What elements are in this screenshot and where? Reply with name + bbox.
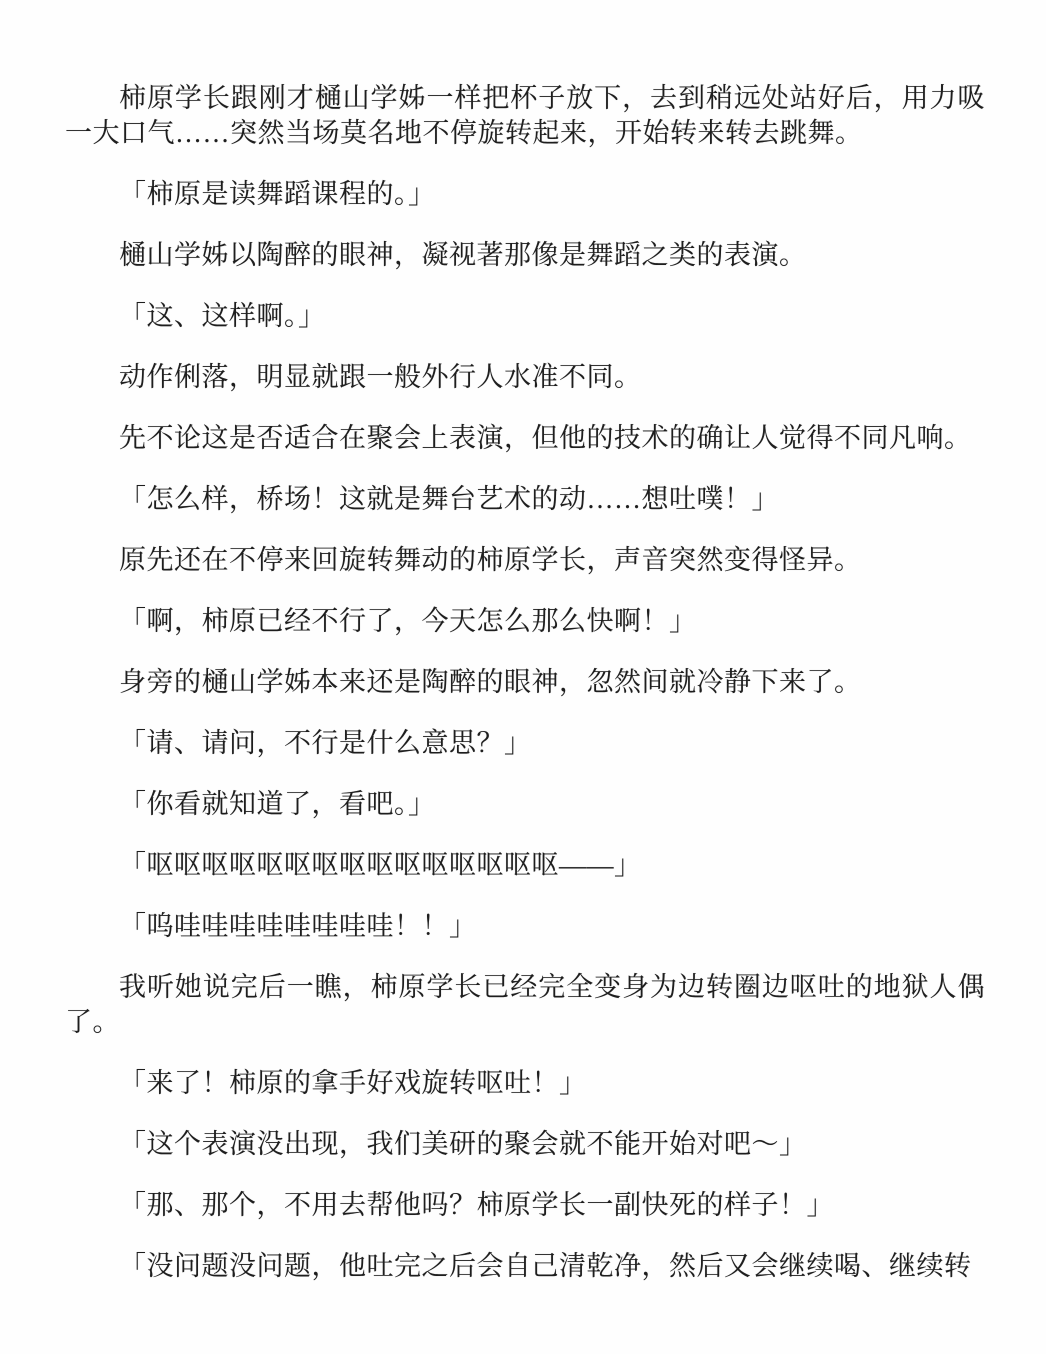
dialogue-line: 「柿原是读舞蹈课程的。」 (65, 177, 985, 212)
narration-paragraph: 原先还在不停来回旋转舞动的柿原学长，声音突然变得怪异。 (65, 543, 985, 578)
dialogue-line: 「请、请问，不行是什么意思？」 (65, 726, 985, 761)
dialogue-line: 「来了！柿原的拿手好戏旋转呕吐！」 (65, 1066, 985, 1101)
narration-paragraph: 身旁的樋山学姊本来还是陶醉的眼神，忽然间就冷静下来了。 (65, 665, 985, 700)
dialogue-line: 「那、那个，不用去帮他吗？柿原学长一副快死的样子！」 (65, 1188, 985, 1223)
narration-paragraph: 柿原学长跟刚才樋山学姊一样把杯子放下，去到稍远处站好后，用力吸一大口气……突然当… (65, 81, 985, 151)
narration-paragraph: 动作俐落，明显就跟一般外行人水准不同。 (65, 360, 985, 395)
dialogue-line: 「呜哇哇哇哇哇哇哇哇！！」 (65, 909, 985, 944)
narration-paragraph: 先不论这是否适合在聚会上表演，但他的技术的确让人觉得不同凡响。 (65, 421, 985, 456)
novel-page: 柿原学长跟刚才樋山学姊一样把杯子放下，去到稍远处站好后，用力吸一大口气……突然当… (0, 0, 1046, 1354)
dialogue-line: 「这个表演没出现，我们美研的聚会就不能开始对吧～」 (65, 1127, 985, 1162)
dialogue-line: 「这、这样啊。」 (65, 299, 985, 334)
dialogue-line: 「没问题没问题，他吐完之后会自己清乾净，然后又会继续喝、继续转 (65, 1249, 985, 1284)
narration-paragraph: 我听她说完后一瞧，柿原学长已经完全变身为边转圈边呕吐的地狱人偶了。 (65, 970, 985, 1040)
dialogue-line: 「怎么样，桥场！这就是舞台艺术的动……想吐噗！」 (65, 482, 985, 517)
dialogue-line: 「啊，柿原已经不行了，今天怎么那么快啊！」 (65, 604, 985, 639)
dialogue-line: 「你看就知道了，看吧。」 (65, 787, 985, 822)
dialogue-line: 「呕呕呕呕呕呕呕呕呕呕呕呕呕呕呕——」 (65, 848, 985, 883)
narration-paragraph: 樋山学姊以陶醉的眼神，凝视著那像是舞蹈之类的表演。 (65, 238, 985, 273)
